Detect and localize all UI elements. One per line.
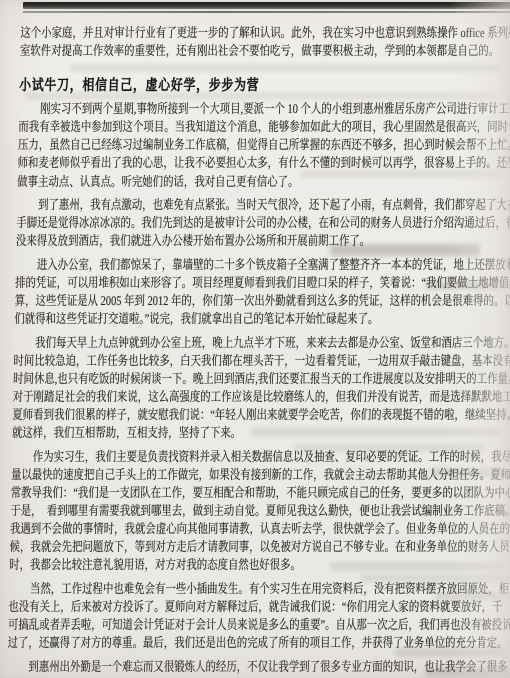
text-line: 于是， 看到哪里有需要我就到哪里去，做到主动自觉。夏师见我这么勤快，便也让我尝试… [10,502,510,520]
text-line: 手脚还是觉得冰凉冰凉的。我们先到达的是被审计公司的办公楼，在和公司的财务人员进行… [16,214,510,232]
text-line: 到惠州出外勤是一个难忘而又很锻炼人的经历，不仅让我学到了很多专业方面的知识，也让… [7,658,510,676]
text-line: 们就得和这些凭证打交道啦。”说完，我们就拿出自己的笔记本开始忙碌起来了。 [14,310,510,328]
text-line: 当然，工作过程中也难免会有一些小插曲发生。有个实习生在用完资料后，没有把资料摆齐… [8,580,510,598]
text-line: 这个小家庭，并且对审计行业有了更进一步的了解和认识。此外，我在实习中也意识到熟练… [20,24,510,42]
text-line: 没来得及放到酒店，我们就进入办公楼开始布置办公场所和开展前期工作了。 [16,232,510,250]
text-line: 时间比较急迫，工作任务也比较多，白天我们都在埋头苦干，一边看着凭证，一边用双手敲… [13,352,510,370]
text-line: 时间休息,也只有吃饭的时候闲谈一下。晚上回到酒店,我们还要汇报当天的工作进展度以… [13,370,510,388]
text-line: 我们每天早上九点钟就到办公室上班，晚上九点半才下班，来来去去都是办公室、饭堂和酒… [14,334,510,352]
text-line: 对于刚踏足社会的我们来说，这么高强度的工作应该是比较磨练人的，但我们并没有说苦，… [12,388,510,406]
text-line: 过了，还赢得了对方的尊重。最后，我们还是出色的完成了所有的项目工作，并获得了业务… [7,634,510,652]
text-line: 作为实习生，我们主要是负责找资料并录入相关数据信息以及抽查、复印必要的凭证。工作… [11,448,510,466]
text-line: 可搞乱或者弄丢啦，可知道会计凭证对于会计人员来说是多么的重要”。自从那一次之后，… [8,616,510,634]
scanned-document-page: 这个小家庭，并且对审计行业有了更进一步的了解和认识。此外，我在实习中也意识到熟练… [0,0,510,678]
text-line: 室软件对提高工作效率的重要性，还有刚出社会不要怕吃亏，做事要积极主动，学到的本领… [20,42,510,60]
page-text-block: 这个小家庭，并且对审计行业有了更进一步的了解和认识。此外，我在实习中也意识到熟练… [7,0,510,676]
paragraph: 刚实习不到两个星期,事物所接到一个大项目,要派一个 10 个人的小组到惠州雅居乐… [17,100,510,190]
paragraph: 作为实习生，我们主要是负责找资料并录入相关数据信息以及抽查、复印必要的凭证。工作… [9,448,510,575]
text-line: 就这样，我们互相帮助，互相支持，坚持了下来。 [12,424,510,442]
paragraph: 到了惠州，我有点激动，也难免有点紧张。当时天气很冷，还下起了小雨，有点刺骨，我们… [16,196,510,250]
text-line: 做事主动点、认真点。听完她们的话，我对自己更有信心了。 [17,173,510,191]
paragraph: 当然，工作过程中也难免会有一些小插曲发生。有个实习生在用完资料后，没有把资料摆齐… [7,580,510,652]
text-line: 师和麦老师似乎看出了我的心思，让我不必要担心太多，有什么不懂的到时候可以再学，很… [17,154,510,172]
text-line: 量以最快的速度把自己手头上的工作做完，如果没有接到新的工作，我就会主动去帮助其他… [11,466,510,484]
text-line: 常教导我们：“我们是一支团队在工作，要互相配合和帮助，不能只顾完成自己的任务，要… [10,484,510,502]
text-line: 压力，虽然自己已经练习过编制业务工作底稿，但觉得自己所掌握的东西还不够多，担心到… [18,136,510,154]
text-line: 时，我都会比较注意礼貌用语，对方对我的态度自然也好很多。 [9,556,510,574]
text-line: 我遇到不会做的事情时，我就会虚心向其他同事请教，认真去听去学，很快就学会了。但业… [10,520,510,538]
section-heading: 小试牛刀，相信自己，虚心好学，步步为营 [19,76,510,95]
paragraph: 我们每天早上九点钟就到办公室上班，晚上九点半才下班，来来去去都是办公室、饭堂和酒… [12,334,510,443]
paragraph: 进入办公室，我们都惊呆了，靠墙壁的二十多个铁皮箱子全塞满了整整齐齐一本本的凭证，… [14,256,510,328]
text-line: 进入办公室，我们都惊呆了，靠墙壁的二十多个铁皮箱子全塞满了整整齐齐一本本的凭证，… [15,256,510,274]
text-line: 候，我就会先把问题放下，等到对方走后才请教同事，以免被对方说自己不够专业。在和业… [9,538,510,556]
carryover-paragraph: 这个小家庭，并且对审计行业有了更进一步的了解和认识。此外，我在实习中也意识到熟练… [20,24,510,60]
text-line: 算，这些凭证是从 2005 年到 2012 年的，你们第一次出外勤就看到这么多的… [15,292,510,310]
text-line: 排的凭证，可以用堆积如山来形容了。项目经理夏师看到我们目瞪口呆的样子，笑着说：“… [15,274,510,292]
paragraph: 到惠州出外勤是一个难忘而又很锻炼人的经历，不仅让我学到了很多专业方面的知识，也让… [7,658,510,676]
text-line: 夏师看到我们很累的样子，就安慰我们说：“年轻人刚出来就要学会吃苦，你们的表现挺不… [12,406,510,424]
text-line: 而我有幸被选中参加到这个项目。当我知道这个消息，能够参加如此大的项目，我心里固然… [18,118,510,136]
text-line: 也没有关上，后来被对方投诉了。夏师向对方解释过后，就告诫我们说：“你们用完人家的… [8,598,510,616]
text-line: 到了惠州，我有点激动，也难免有点紧张。当时天气很冷，还下起了小雨，有点刺骨，我们… [17,196,510,214]
text-line: 刚实习不到两个星期,事物所接到一个大项目,要派一个 10 个人的小组到惠州雅居乐… [19,100,510,118]
